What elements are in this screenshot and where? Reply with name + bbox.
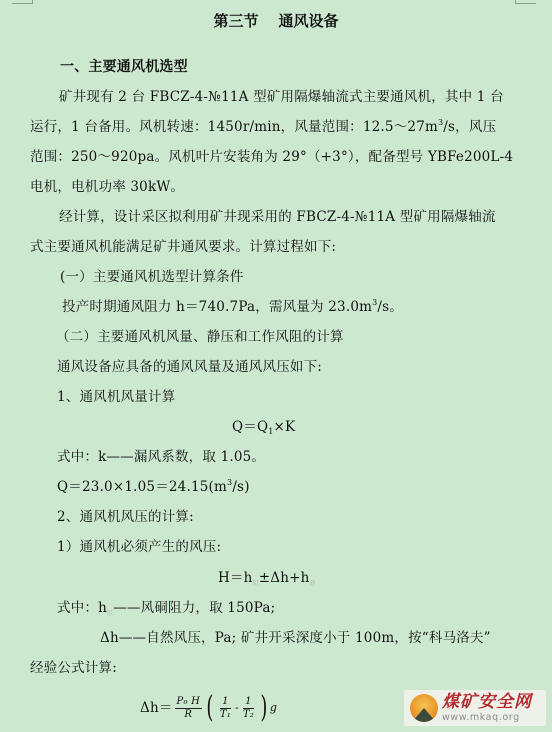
section-heading: 一、主要通风机选型 xyxy=(60,57,188,77)
intro-text: 通风设备应具备的通风风量及通风风压如下: xyxy=(57,357,322,377)
formula-q-right: ×K xyxy=(274,419,296,435)
fraction-p0h-over-r: P₀ H R xyxy=(175,696,202,721)
where-h-text-b: ——风硐阻力，取 150Pa; xyxy=(113,600,275,616)
denominator: T₁ xyxy=(218,709,233,721)
para1-line2: 运行，1 台备用。风机转速：1450r/min，风量范围：12.5～27m3/s… xyxy=(30,117,496,137)
fraction-1-over-t1: 1 T₁ xyxy=(218,696,233,721)
condition-text-b: /s。 xyxy=(377,299,403,315)
calc-q-text-b: /s) xyxy=(232,479,249,495)
left-paren: ( xyxy=(206,693,213,723)
numerator: 1 xyxy=(243,696,254,709)
formula-q-left: Q＝Q xyxy=(232,419,268,435)
step-2-1-heading: 1）通风机必须产生的风压: xyxy=(57,537,221,557)
subscript: 静 xyxy=(310,580,316,587)
empirical-formula-label: 经验公式计算: xyxy=(30,658,117,678)
formula-h: H＝h阻±Δh+h静 xyxy=(218,568,316,588)
title-section-name: 通风设备 xyxy=(279,12,339,30)
para1-line3: 范围：250～920pa。风机叶片安装角为 29°（+3°），配备型号 YBFe… xyxy=(30,147,513,167)
formula-q: Q＝Q1×K xyxy=(232,417,295,437)
subsection-2-heading: （二）主要通风机风量、静压和工作风阻的计算 xyxy=(56,327,344,347)
step-1-heading: 1、通风机风量计算 xyxy=(57,387,175,407)
para2-line1: 经计算，设计采区拟利用矿井现采用的 FBCZ-4-№11A 型矿用隔爆轴流 xyxy=(59,207,496,227)
condition-text: 投产时期通风阻力 h＝740.7Pa，需风量为 23.0m xyxy=(62,299,372,315)
page-title: 第三节通风设备 xyxy=(0,10,552,31)
right-paren: ) xyxy=(260,693,267,723)
where-k: 式中：k——漏风系数，取 1.05。 xyxy=(57,447,265,467)
formula-h-b: ±Δh+h xyxy=(259,570,310,586)
calc-q-text: Q＝23.0×1.05＝24.15(m xyxy=(57,479,227,495)
para1-line2-text-b: /s，风压 xyxy=(443,119,496,135)
minus-sign: - xyxy=(235,690,239,726)
formula-delta-h: Δh＝ P₀ H R ( 1 T₁ - 1 T₂ ) g xyxy=(140,690,277,726)
where-h: 式中：h阻——风硐阻力，取 150Pa; xyxy=(57,598,275,618)
step-2-heading: 2、通风机风压的计算: xyxy=(57,507,194,527)
calculation-condition: 投产时期通风阻力 h＝740.7Pa，需风量为 23.0m3/s。 xyxy=(62,297,403,317)
site-watermark: 煤矿安全网 www.mkaq.org xyxy=(404,690,546,726)
gravity-g: g xyxy=(270,690,277,726)
mountain-sun-logo-icon xyxy=(410,694,438,722)
subsection-1-heading: (一）主要通风机选型计算条件 xyxy=(60,267,244,287)
denominator: R xyxy=(182,709,194,721)
para1-line4: 电机，电机功率 30kW。 xyxy=(30,177,184,197)
para2-line2: 式主要通风机能满足矿井通风要求。计算过程如下: xyxy=(30,237,336,257)
numerator: 1 xyxy=(220,696,231,709)
watermark-text: 煤矿安全网 www.mkaq.org xyxy=(442,693,532,723)
para1-line2-text: 运行，1 台备用。风机转速：1450r/min，风量范围：12.5～27m xyxy=(30,119,438,135)
where-delta-h: Δh——自然风压，Pa; 矿井开采深度小于 100m，按“科马洛夫” xyxy=(100,628,491,648)
watermark-url: www.mkaq.org xyxy=(442,712,532,723)
page-corner-mark-right xyxy=(515,0,536,4)
para1-line1: 矿井现有 2 台 FBCZ-4-№11A 型矿用隔爆轴流式主要通风机，其中 1 … xyxy=(59,87,504,107)
formula-h-a: H＝h xyxy=(218,570,253,586)
denominator: T₂ xyxy=(241,709,256,721)
where-h-text: 式中：h xyxy=(57,600,107,616)
watermark-site-name: 煤矿安全网 xyxy=(442,693,532,712)
numerator: P₀ H xyxy=(175,696,202,709)
calc-q: Q＝23.0×1.05＝24.15(m3/s) xyxy=(57,477,250,497)
fraction-1-over-t2: 1 T₂ xyxy=(241,696,256,721)
page-corner-mark-left xyxy=(12,0,33,4)
title-section-number: 第三节 xyxy=(213,12,258,30)
formula-dh-lhs: Δh＝ xyxy=(140,690,173,726)
